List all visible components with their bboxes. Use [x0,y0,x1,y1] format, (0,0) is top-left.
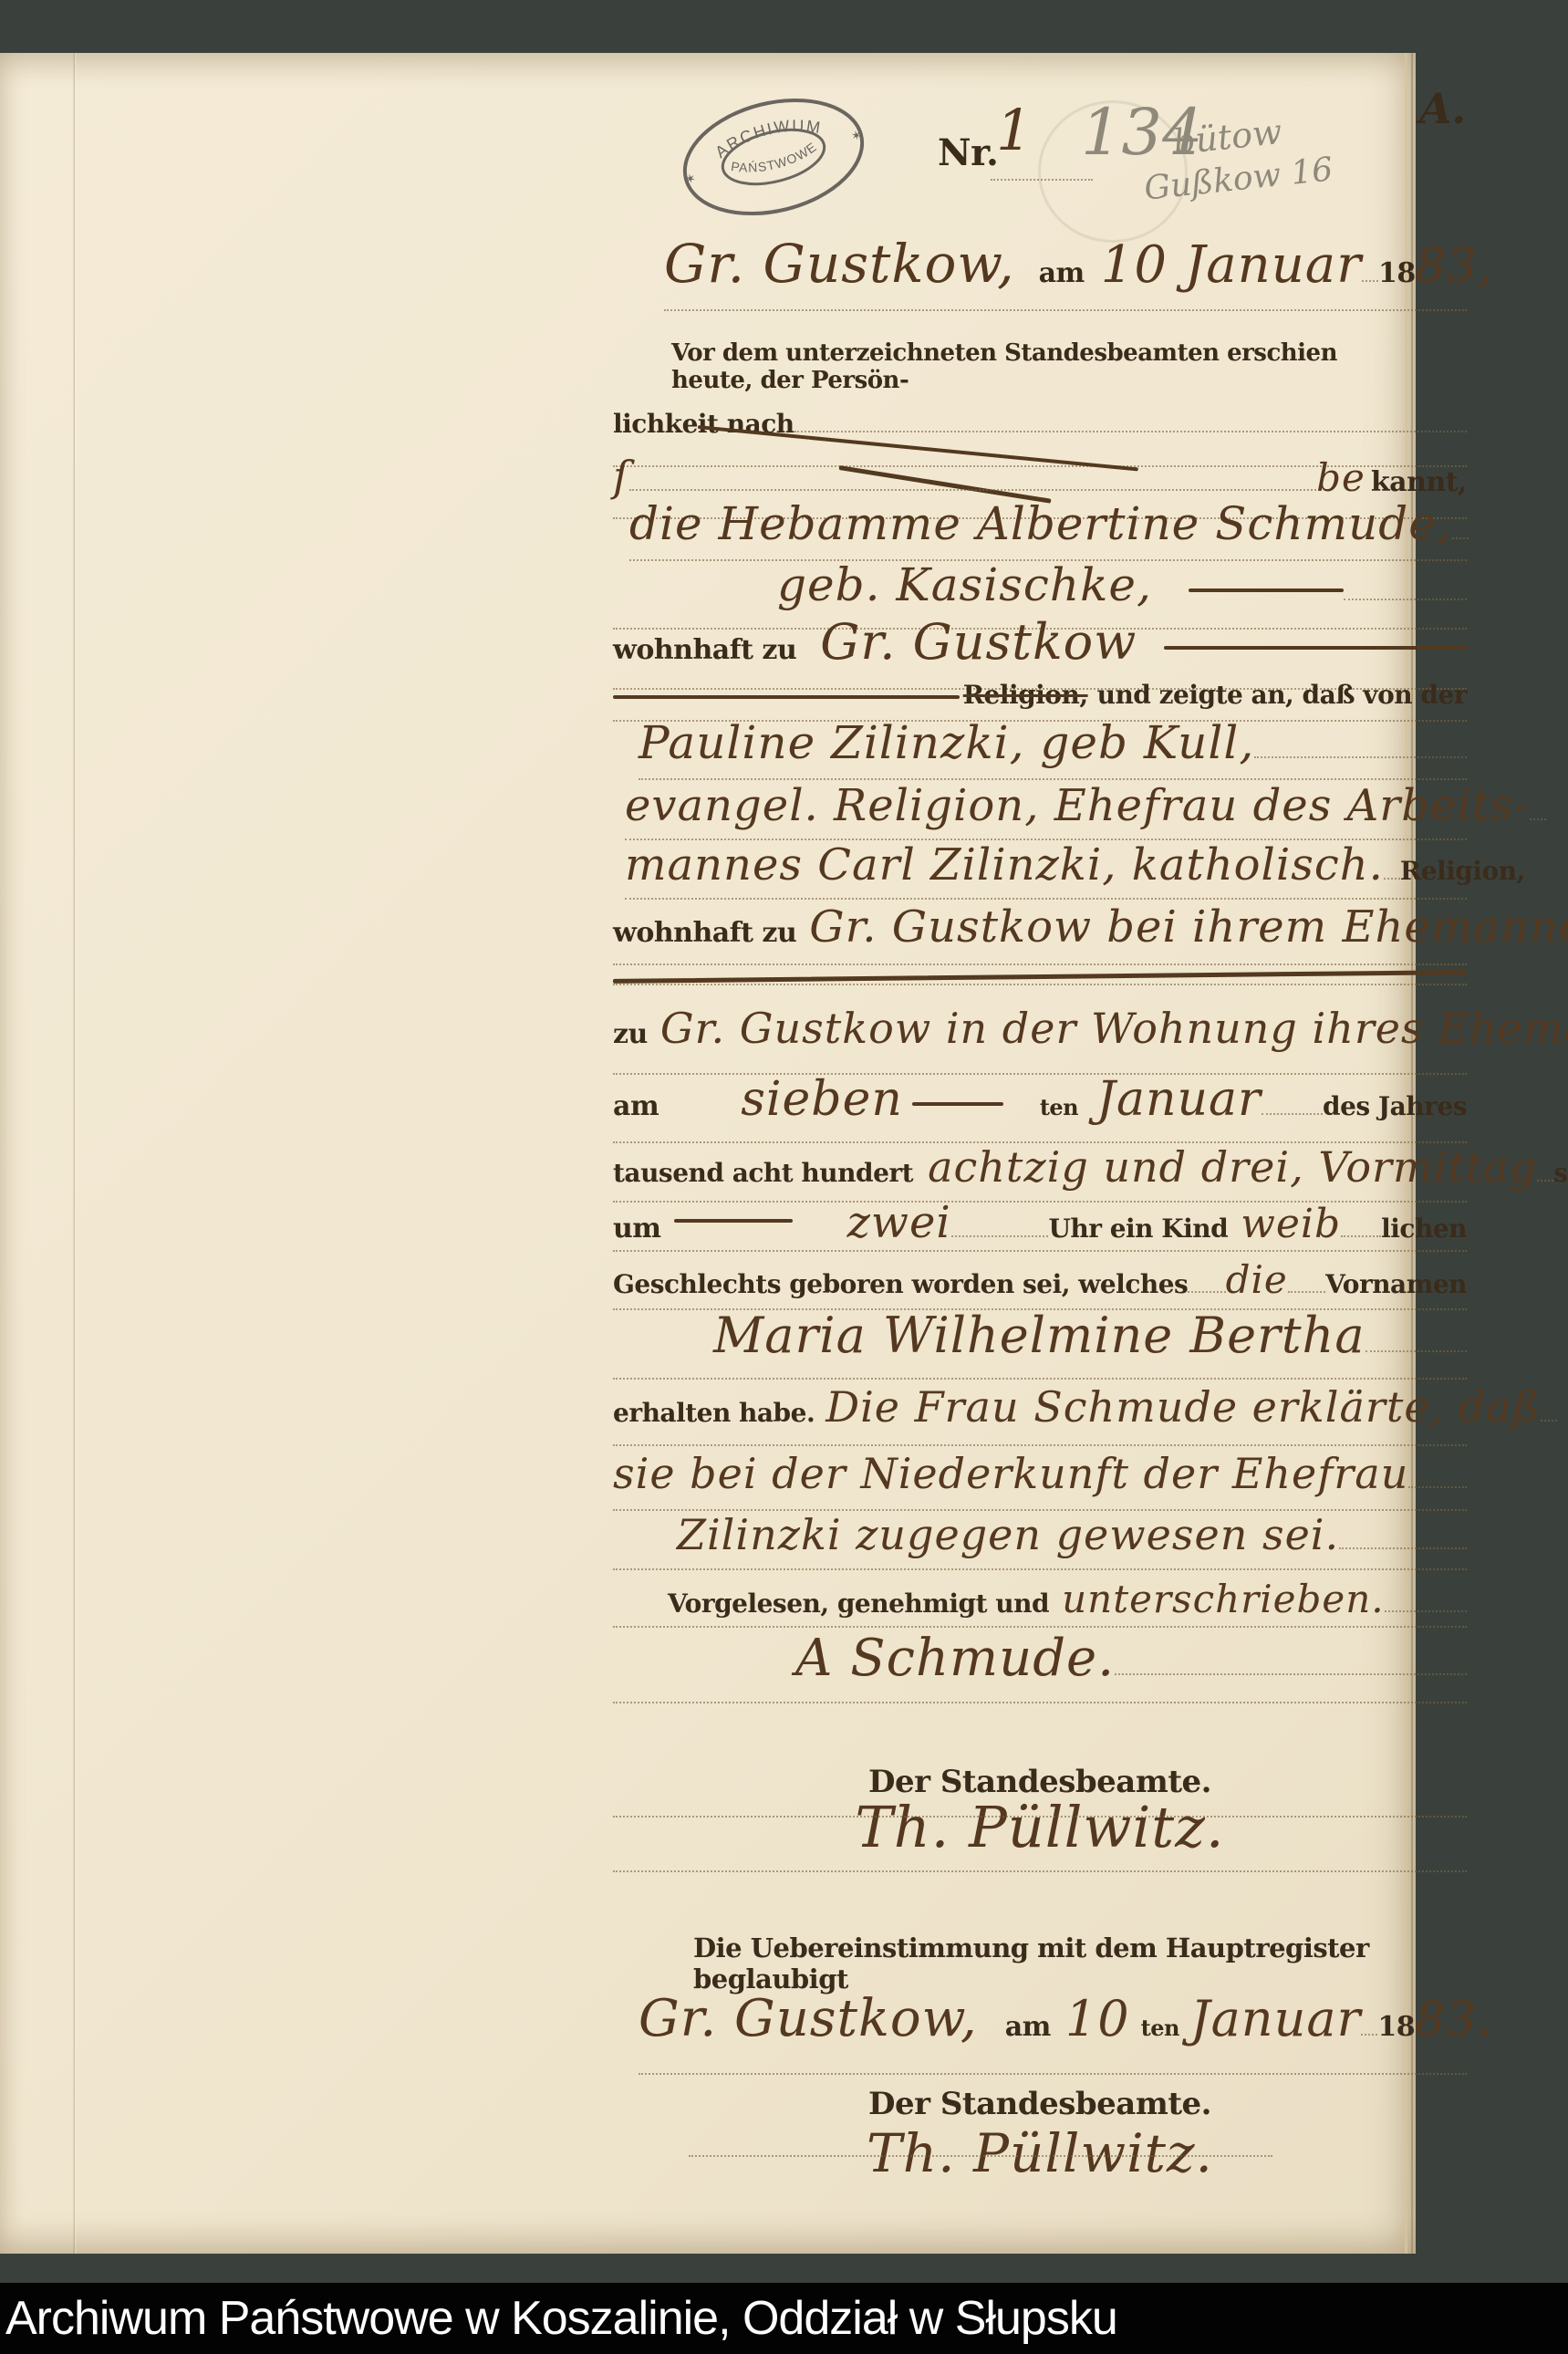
birthplace-row: zu Gr. Gustkow in der Wohnung ihres Ehem… [613,1004,1467,1075]
mother-row-2: evangel. Religion, Ehefrau des Arbeits- [625,780,1467,840]
registrar-signature: Th. Püllwitz. [613,1794,1467,1860]
declarant-signature: A Schmude. [795,1629,1115,1688]
dotted-leader [1339,1546,1467,1549]
signature-rule-3 [689,2155,1272,2157]
residence-row-2: wohnhaft zu Gr. Gustkow bei ihrem Eheman… [613,901,1467,965]
dotted-leader [1362,278,1378,282]
stray-mark: ſ [613,452,629,501]
year-hand: 83, [1416,239,1494,294]
s-suffix: s [1553,1158,1567,1188]
dotted-leader [1344,597,1467,600]
scanned-register-page: ARCHIWUM PAŃSTWOWE ✶ ✶ A. Nr. 1 134 büto… [0,0,1568,2354]
certification-line: Die Uebereinstimmung mit dem Hauptregist… [693,1932,1416,1995]
midwife-row: die Hebamme Albertine Schmude, [629,497,1467,561]
mother-name: Pauline Zilinzki, geb Kull, [639,716,1254,769]
corner-letter: A. [1419,84,1466,133]
archive-name-label: Archiwum Państwowe w Koszalinie, Oddział… [0,2291,1117,2346]
child-names: Maria Wilhelmine Bertha [713,1307,1366,1364]
nee-name: geb. Kasischke, [777,558,1152,611]
registrar-signature-2: Th. Püllwitz. [613,2122,1467,2184]
geschlecht-row: Geschlechts geboren worden sei, welches … [613,1257,1467,1310]
unterschrieben-hand: unterschrieben. [1062,1577,1385,1621]
date-value: 10 Januar [1101,235,1362,295]
nr-label: Nr. [938,131,998,174]
vorgelesen-row: Vorgelesen, genehmigt und unterschrieben… [613,1577,1467,1628]
printed-am: am [1039,257,1085,289]
declaration-3: Zilinzki zugegen gewesen sei. [677,1510,1339,1559]
ink-dash [1189,588,1344,592]
dotted-leader [1537,1178,1553,1182]
dateline-row: Gr. Gustkow, am 10 Januar 18 83, [664,233,1467,311]
vornamen-label: Vornamen [1325,1269,1467,1299]
dotted-leader [629,487,1316,491]
hour-value: zwei [847,1197,951,1248]
religion-struck: Religion, [963,680,1088,710]
declaration-1: Die Frau Schmude erklärte, daß [826,1382,1541,1432]
dotted-leader [1262,1111,1323,1115]
bekannt-hand: be [1316,455,1366,500]
archive-stamp: ARCHIWUM PAŃSTWOWE ✶ ✶ [665,75,882,238]
midwife-name: die Hebamme Albertine Schmude, [629,497,1452,550]
year-row: tausend acht hundert achtzig und drei, V… [613,1142,1467,1203]
registrar-heading-2: Der Standesbeamte. [613,2086,1467,2122]
erhalten-row: erhalten habe. Die Frau Schmude erklärte… [613,1382,1467,1446]
dotted-leader [1188,1289,1225,1293]
gender-value: weib [1241,1201,1341,1247]
separator-rule [613,984,1467,985]
dotted-leader [951,1234,1049,1237]
father-name: mannes Carl Zilinzki, katholisch. [625,839,1384,891]
birthdate-row: am sieben ten Januar des Jahres [613,1072,1467,1143]
tausend-label: tausend acht hundert [613,1158,913,1188]
stamp-star-left: ✶ [684,172,698,188]
nr-rule [991,179,1093,181]
nr-value: 1 [996,97,1033,163]
des-jahres: des Jahres [1323,1091,1467,1121]
dotted-leader [1384,876,1400,880]
birth-month: Januar [1096,1072,1262,1127]
birth-day: sieben [741,1072,903,1127]
am-label: am [613,1090,659,1122]
mother-religion: evangel. Religion, Ehefrau des Arbeits- [625,780,1530,831]
ink-dash [613,695,960,699]
cert-ten: ten [1141,2015,1179,2041]
die-hand: die [1226,1257,1288,1302]
year-printed: 18 [1378,257,1416,289]
um-label: um [613,1213,661,1245]
zu-label: zu [613,1018,648,1050]
vorgelesen-label: Vorgelesen, genehmigt und [668,1588,1049,1619]
zeigte-an: und zeigte an, daß von der [1097,680,1467,710]
birthplace-value: Gr. Gustkow in der Wohnung ihres Ehemann… [660,1004,1568,1053]
residence-value: Gr. Gustkow [820,613,1137,671]
footer-bar: Archiwum Państwowe w Koszalinie, Oddział… [0,2283,1568,2354]
wohnhaft-label: wohnhaft zu [613,634,796,666]
dotted-leader [1366,1349,1467,1352]
declaration-2: sie bei der Niederkunft der Ehefrau [613,1449,1408,1498]
dotted-leader [1385,1609,1467,1612]
mother-row-1: Pauline Zilinzki, geb Kull, [639,716,1467,780]
residence2-value: Gr. Gustkow bei ihrem Ehemanne [809,901,1568,953]
declarant-signature-row: A Schmude. [613,1629,1467,1703]
binding-crease [73,53,77,2254]
wohnhaft2-label: wohnhaft zu [613,917,796,949]
dotted-leader [794,429,1467,432]
mother-row-3: mannes Carl Zilinzki, katholisch. Religi… [625,839,1467,900]
ink-dash [912,1102,1003,1106]
hour-row: um zwei Uhr ein Kind weib lichen [613,1197,1467,1252]
dotted-leader [1361,2032,1377,2036]
declaration-row-2: sie bei der Niederkunft der Ehefrau [613,1449,1467,1511]
erhalten-label: erhalten habe. [613,1398,815,1428]
dotted-leader [1115,1672,1467,1675]
cert-year-hand: 83. [1415,1993,1493,2047]
religion-printed: Religion, [1400,856,1525,886]
dotted-leader [1341,1234,1381,1237]
year-words: achtzig und drei, Vormittag [928,1142,1537,1192]
separator-stroke [613,970,1467,984]
cert-year-printed: 18 [1377,2011,1415,2043]
dotted-leader [1254,755,1467,758]
signature-rule-2 [613,1870,1467,1872]
certification-date-row: Gr. Gustkow, am 10 ten Januar 18 83. [639,1989,1467,2075]
dotted-leader [1408,1484,1467,1488]
cert-day: 10 [1065,1990,1130,2047]
dotted-leader [1541,1418,1557,1422]
residence-row: wohnhaft zu Gr. Gustkow [613,613,1467,690]
uhr-label: Uhr ein Kind [1048,1213,1228,1244]
lichen-label: lichen [1381,1213,1467,1244]
child-names-row: Maria Wilhelmine Bertha [613,1307,1467,1380]
geschlechts-label: Geschlechts geboren worden sei, welches [613,1269,1188,1299]
paper-page: ARCHIWUM PAŃSTWOWE ✶ ✶ A. Nr. 1 134 büto… [0,53,1416,2254]
cert-am: am [1005,2011,1051,2043]
dotted-leader [1288,1289,1325,1293]
intro-line-1: Vor dem unterzeichneten Standesbeamten e… [671,339,1416,394]
ten-label: ten [1040,1094,1078,1120]
place-name: Gr. Gustkow, [664,233,1015,295]
signature-rule-1 [613,1816,1467,1818]
cert-place: Gr. Gustkow, [639,1989,978,2048]
dotted-leader [1530,817,1546,820]
ink-dash [674,1219,793,1223]
ink-dash [1164,646,1467,650]
cert-month: Januar [1190,1990,1361,2047]
bekannt-printed: kannt, [1371,466,1467,498]
declaration-row-3: Zilinzki zugegen gewesen sei. [613,1510,1467,1570]
dotted-leader [1452,536,1469,539]
